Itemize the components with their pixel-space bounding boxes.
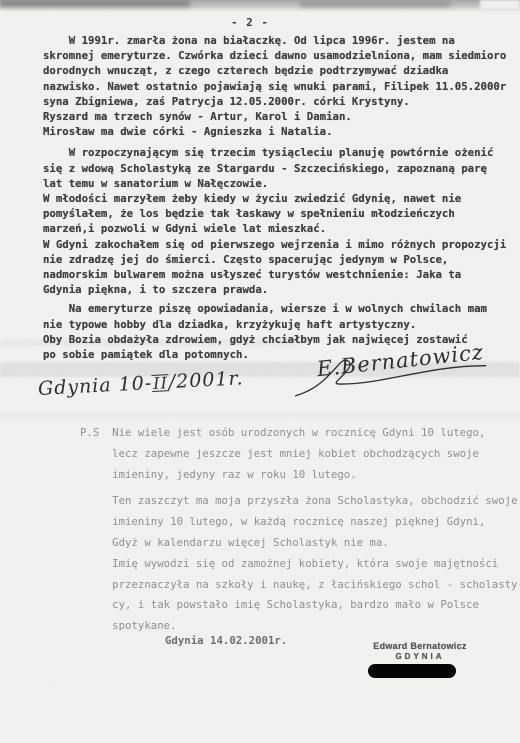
postscript-block: P.S Nie wiele jest osób urodzonych w roc… bbox=[80, 423, 520, 637]
text-line: się z wdową Scholastyką ze Stargardu - S… bbox=[43, 161, 506, 176]
text-line: Ryszard ma trzech synów - Artur, Karol i… bbox=[43, 109, 506, 124]
text-line: spotykane. bbox=[80, 616, 520, 637]
text-line: W 1991r. zmarła żona na białaczkę. Od li… bbox=[43, 33, 506, 48]
text-line: Mirosław ma dwie córki - Agnieszka i Nat… bbox=[43, 124, 506, 139]
scan-smudge bbox=[0, 0, 190, 7]
scan-streak bbox=[0, 412, 520, 418]
letter-body: W 1991r. zmarła żona na białaczkę. Od li… bbox=[43, 33, 506, 362]
text-line: W młodości marzyłem żeby kiedy w życiu z… bbox=[43, 191, 506, 206]
text-line: skromnej emeryturze. Czwórka dzieci dawn… bbox=[43, 48, 506, 63]
handwritten-date-suffix: /2001r. bbox=[168, 367, 244, 393]
scan-smudge bbox=[300, 1, 450, 7]
text-line: Ten zaszczyt ma moja przyszła żona Schol… bbox=[80, 491, 520, 512]
text-line: dorodnych wnucząt, z czego czterech będz… bbox=[43, 63, 506, 78]
text-line: imieniny, jedyny raz w roku 10 lutego. bbox=[80, 465, 520, 486]
text-line: nadmorskim bulwarem można usłyszeć turys… bbox=[43, 267, 506, 282]
closing-date: Gdynia 14.02.2001r. bbox=[165, 634, 287, 647]
text-line: marzeń,i pozwoli w Gdyni wiele lat miesz… bbox=[43, 221, 506, 236]
handwritten-roman-numeral: II bbox=[152, 374, 170, 392]
redaction-bar bbox=[368, 664, 456, 678]
text-line: przeznaczyła na szkoły i naukę, z łacińs… bbox=[80, 575, 520, 596]
text-line: W rozpoczynającym się trzecim tysiącleci… bbox=[43, 145, 506, 160]
text-line: lecz zapewne jeszcze jest mniej kobiet o… bbox=[80, 444, 520, 465]
text-line: Gdyż w kalendarzu więcej Scholastyk nie … bbox=[80, 533, 520, 554]
text-line: imieniny 10 lutego, w każdą rocznicę nas… bbox=[80, 512, 520, 533]
text-line: nie typowe hobby dla dziadka, krzyżykuję… bbox=[43, 317, 506, 332]
page-number: - 2 - bbox=[0, 16, 500, 29]
text-line: Na emeryturze piszę opowiadania, wiersze… bbox=[43, 301, 506, 316]
handwritten-date-prefix: Gdynia 10- bbox=[37, 372, 152, 400]
text-line: nazwisko. Nawet ostatnio pojawiają się w… bbox=[43, 79, 506, 94]
text-line: W Gdyni zakochałem się od pierwszego wej… bbox=[43, 237, 506, 252]
text-line: Imię wywodzi się od zamożnej kobiety, kt… bbox=[80, 554, 520, 575]
scanned-letter-page: - 2 - W 1991r. zmarła żona na białaczkę.… bbox=[0, 0, 520, 743]
name-stamp: Edward Bernatowicz GDYNIA bbox=[368, 641, 472, 661]
text-line: pomyślałem, że los będzie tak łaskawy w … bbox=[43, 206, 506, 221]
stamp-name: Edward Bernatowicz bbox=[368, 641, 472, 651]
stamp-city: GDYNIA bbox=[368, 652, 472, 661]
text-line: P.S Nie wiele jest osób urodzonych w roc… bbox=[80, 423, 520, 444]
text-line: syna Zbigniewa, zaś Patrycja 12.05.2000r… bbox=[43, 94, 506, 109]
scan-smudge bbox=[480, 0, 520, 9]
text-line: Gdynia piękna, i to szczera prawda. bbox=[43, 282, 506, 297]
text-line: nie zdradzę jej do śmierci. Często space… bbox=[43, 252, 506, 267]
text-line: cy, i tak powstało imię Scholastyka, bar… bbox=[80, 595, 520, 616]
text-line: lat temu w sanatorium w Nałęczowie. bbox=[43, 176, 506, 191]
